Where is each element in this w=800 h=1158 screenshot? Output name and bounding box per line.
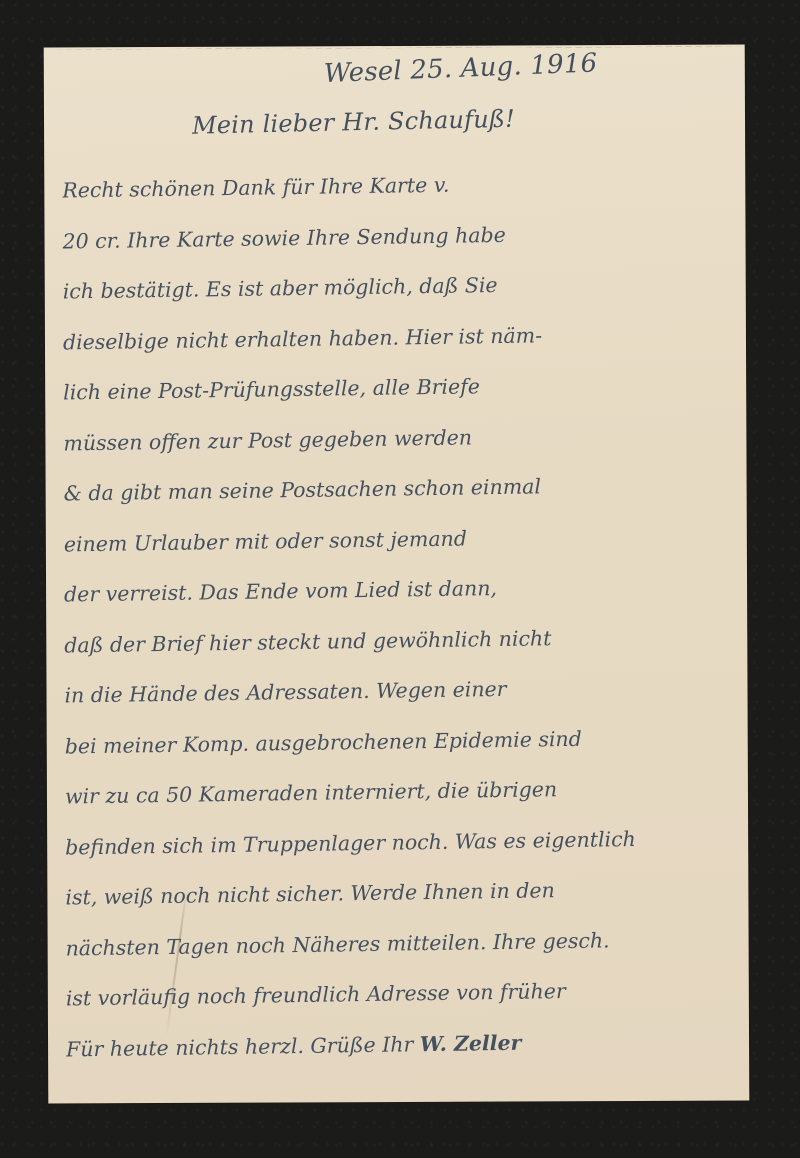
place-and-date: Wesel 25. Aug. 1916 (323, 48, 598, 89)
letter-line: wir zu ca 50 Kameraden interniert, die ü… (65, 762, 736, 822)
postcard: Wesel 25. Aug. 1916 Mein lieber Hr. Scha… (44, 44, 750, 1103)
greeting: Mein lieber Hr. Schaufuß! (192, 105, 515, 140)
letter-line: in die Hände des Adressaten. Wegen einer (64, 661, 735, 721)
closing-text: Für heute nichts herzl. Grüße Ihr (66, 1032, 414, 1061)
letter-line: ist vorläufig noch freundlich Adresse vo… (65, 964, 736, 1024)
letter-line: ist, weiß noch nicht sicher. Werde Ihnen… (65, 863, 736, 923)
signature: W. Zeller (419, 1017, 521, 1072)
letter-line: & da gibt man seine Postsachen schon ein… (63, 459, 734, 519)
perforated-top-edge (44, 38, 745, 49)
closing-line: Für heute nichts herzl. Grüße Ihr W. Zel… (66, 1014, 737, 1074)
letter-line: Recht schönen Dank für Ihre Karte v. (62, 156, 733, 216)
letter-line: ich bestätigt. Es ist aber möglich, daß … (62, 257, 733, 317)
letter-body: Recht schönen Dank für Ihre Karte v. 20 … (62, 163, 736, 1075)
letter-line: der verreist. Das Ende vom Lied ist dann… (64, 560, 735, 620)
letter-line: lich eine Post-Prüfungsstelle, alle Brie… (63, 358, 734, 418)
